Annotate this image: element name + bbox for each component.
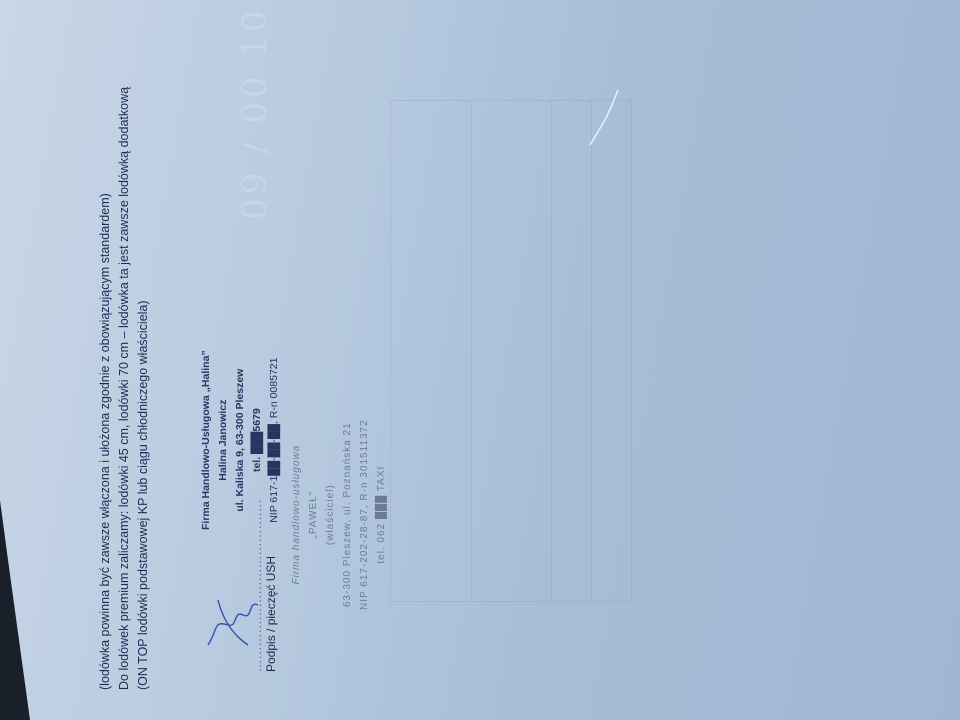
faint-table-show-through	[390, 100, 632, 602]
handwritten-signature	[198, 590, 268, 650]
stamp2-line-2: „PAWEŁ”	[305, 419, 322, 610]
stamp2-line-5: NIP 617-202-28-87, R-n 301511372	[356, 419, 373, 610]
embossed-mark: 09 / 00 10	[235, 6, 275, 220]
stamp2-line-4: 63-300 Pleszew, ul. Poznańska 21	[339, 419, 356, 610]
stamp-company-name: Firma Handlowo-Usługowa „Halina”	[198, 350, 215, 530]
paper-crease	[560, 80, 620, 150]
note-line-2: Do lodówek premium zaliczamy: lodówki 45…	[115, 87, 134, 690]
policy-note: (lodówka powinna być zawsze włączona i u…	[96, 87, 153, 690]
stamp2-line-1: Firma handlowo-usługowa	[288, 419, 305, 610]
note-line-1: (lodówka powinna być zawsze włączona i u…	[96, 87, 115, 690]
stamp-owner-name: Halina Janowicz	[215, 350, 232, 530]
stamp2-line-6: tel. 062 ███ TAXI	[373, 419, 390, 610]
stamp2-line-3: (właściciel)	[322, 419, 339, 610]
note-line-3: (ON TOP lodówki podstawowej KP lub ciągu…	[134, 87, 153, 690]
stamp-address: ul. Kaliska 9, 63-300 Pleszew	[232, 350, 249, 530]
secondary-stamp: Firma handlowo-usługowa „PAWEŁ” (właścic…	[288, 419, 390, 610]
